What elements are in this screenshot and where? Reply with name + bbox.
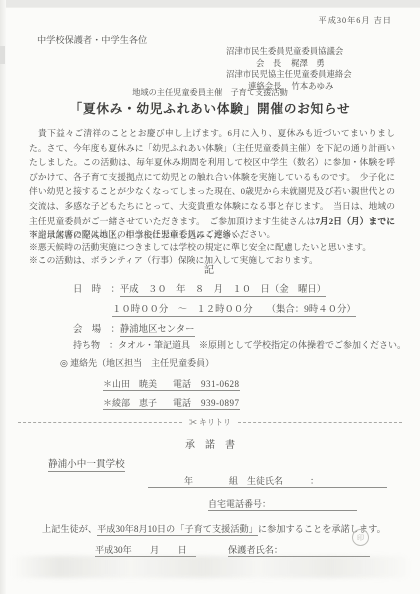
contact-row: ＊綾部 恵子電話939-0897 — [103, 396, 240, 409]
cut-dash-right — [238, 422, 402, 423]
consent-form-heading: 承 諾 書 — [0, 436, 420, 451]
venue-label: 会 場 ： — [73, 325, 120, 335]
cut-label: キリトリ — [199, 418, 231, 427]
items-label: 持ち物 ： — [73, 340, 118, 350]
consent-sentence: 上記生徒が、平成30年8月10日の「子育て支援活動」に参加することを承諾します。 — [42, 521, 386, 535]
guardian-name-field[interactable]: 保護者氏名： — [228, 542, 370, 556]
contact-name: ＊綾部 恵子 — [103, 398, 157, 408]
scan-artifact-bottom — [12, 556, 408, 578]
contact-tel-number: 931-0628 — [201, 379, 240, 389]
seal-label: 印 — [357, 533, 364, 543]
cut-label-group: ✂ キリトリ — [182, 417, 238, 428]
contact-tel-label: 電話 — [173, 398, 191, 408]
scissors-icon: ✂ — [189, 418, 197, 427]
items-row: 持ち物 ：タオル・筆記道具 ※原則として学校指定の体操着でご参加ください。 — [73, 338, 406, 351]
contact-name: ＊山田 暁美 — [103, 379, 157, 389]
contact-heading: ◎ 連絡先（地区担当 主任児童委員） — [60, 356, 214, 369]
body-text-1: 貴下益々ご清祥のこととお慶び申し上げます。6月に入り、夏休みも近づいてまいりまし… — [29, 128, 395, 226]
sender-org-2: 沼津市民児協主任児童委員連絡会 — [226, 69, 398, 81]
note-absence: ※当日欠席の際は地区の担当主任児童委員にご連絡ください。 — [29, 228, 409, 241]
home-phone-blank[interactable]: 自宅電話番号： — [208, 499, 357, 511]
addressee: 中学校保護者・中学生各位 — [37, 32, 147, 46]
datetime-label: 日 時 ： — [73, 285, 120, 295]
contact-row: ＊山田 暁美電話931-0628 — [103, 377, 240, 390]
consent-pre: 上記生徒が、 — [42, 524, 97, 534]
school-name: 静浦小中一貫学校 — [48, 456, 125, 470]
cut-dash-left — [18, 422, 182, 423]
datetime-value: 平成 ３０ 年 ８ 月 １０ 日（金 曜日） — [120, 285, 326, 297]
details-heading: 記 — [0, 261, 420, 276]
student-name-blank[interactable]: 年 組 生徒氏名 ： — [148, 476, 387, 488]
items-value: タオル・筆記道具 ※原則として学校指定の体操着でご参加ください。 — [118, 340, 406, 350]
scan-smudge — [0, 46, 5, 64]
venue-row: 会 場 ：静浦地区センター — [73, 321, 195, 335]
consent-date-field[interactable]: 平成30年 月 日 — [95, 542, 196, 556]
home-phone-field[interactable]: 自宅電話番号： — [208, 497, 357, 510]
contact-tel-label: 電話 — [173, 379, 191, 389]
venue-value: 静浦地区センター — [120, 325, 195, 337]
consent-activity: 平成30年8月10日の「子育て支援活動」 — [97, 524, 258, 536]
sender-role-1: 会 長 — [256, 59, 281, 68]
sender-org-1: 沼津市民生委員児童委員協議会 — [226, 46, 398, 58]
sender-block: 沼津市民生委員児童委員協議会 会 長梶澤 勇 沼津市民児協主任児童委員連絡会 連… — [226, 46, 398, 92]
issue-date: 平成30年6月 吉日 — [319, 15, 392, 26]
scan-edge-top — [0, 0, 420, 8]
notice-title: 「夏休み・幼児ふれあい体験」開催のお知らせ — [0, 98, 420, 117]
sender-name-1: 梶澤 勇 — [291, 59, 325, 68]
deadline-emphasis: 7月2日（月）までに — [315, 216, 395, 226]
contact-tel-number: 939-0897 — [201, 398, 240, 408]
sender-line-1: 会 長梶澤 勇 — [226, 58, 398, 70]
student-name-field[interactable]: 年 組 生徒氏名 ： — [148, 474, 387, 487]
note-weather: ※悪天候時の活動実施につきましては学校の規定に準じ安全に配慮したいと思います。 — [29, 241, 409, 254]
time-row: １０時００分 ～ １２時００分 （集合：9時４０分） — [112, 301, 356, 315]
seal-circle: 印 — [352, 529, 369, 546]
time-value: １０時００分 ～ １２時００分 （集合：9時４０分） — [112, 305, 356, 317]
datetime-row: 日 時 ：平成 ３０ 年 ８ 月 １０ 日（金 曜日） — [73, 281, 326, 295]
body-paragraph: 貴下益々ご清祥のこととお慶び申し上げます。6月に入り、夏休みも近づいてまいりまし… — [29, 126, 395, 243]
notice-subtitle: 地域の主任児童委員主催 子育て支援活動 — [0, 87, 420, 98]
cut-line: ✂ キリトリ — [18, 417, 402, 428]
scanned-notice-page: 平成30年6月 吉日 中学校保護者・中学生各位 沼津市民生委員児童委員協議会 会… — [0, 0, 420, 594]
